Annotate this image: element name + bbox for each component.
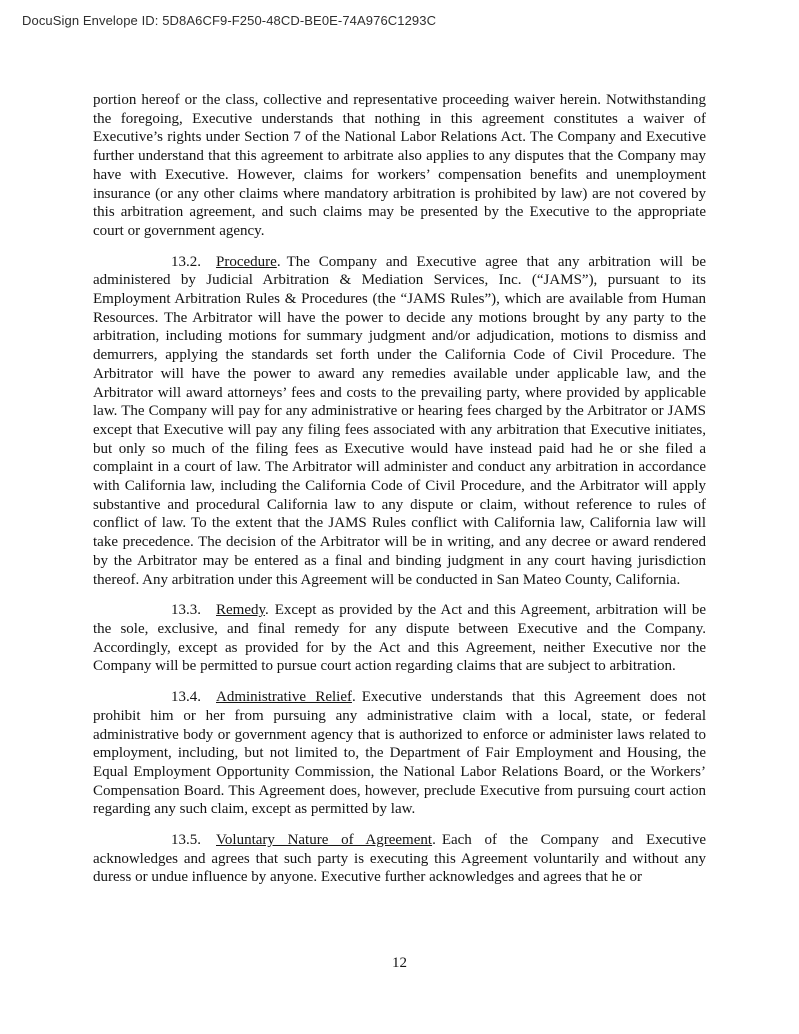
- section-13-2: 13.2.Procedure.The Company and Executive…: [93, 253, 706, 590]
- page-number: 12: [0, 955, 799, 972]
- section-13-4: 13.4.Administrative Relief.Executive und…: [93, 688, 706, 819]
- docusign-envelope-id: DocuSign Envelope ID: 5D8A6CF9-F250-48CD…: [22, 13, 436, 28]
- section-number: 13.2.: [171, 254, 201, 270]
- section-body-text: The Company and Executive agree that any…: [93, 254, 706, 588]
- section-heading: Voluntary Nature of Agreement: [216, 832, 432, 848]
- section-heading-period: .: [277, 254, 281, 270]
- continuation-paragraph: portion hereof or the class, collective …: [93, 91, 706, 241]
- section-heading-period: .: [352, 689, 356, 705]
- section-heading: Remedy: [216, 602, 265, 618]
- section-number: 13.4.: [171, 689, 201, 705]
- document-page: DocuSign Envelope ID: 5D8A6CF9-F250-48CD…: [0, 0, 799, 1034]
- section-number: 13.5.: [171, 832, 201, 848]
- section-number: 13.3.: [171, 602, 201, 618]
- section-heading-period: .: [265, 602, 269, 618]
- section-13-3: 13.3.Remedy.Except as provided by the Ac…: [93, 601, 706, 676]
- section-heading-period: .: [432, 832, 436, 848]
- section-body-text: Executive understands that this Agreemen…: [93, 689, 706, 817]
- section-13-5: 13.5.Voluntary Nature of Agreement.Each …: [93, 831, 706, 887]
- section-heading: Procedure: [216, 254, 277, 270]
- document-body: portion hereof or the class, collective …: [93, 91, 706, 899]
- section-heading: Administrative Relief: [216, 689, 352, 705]
